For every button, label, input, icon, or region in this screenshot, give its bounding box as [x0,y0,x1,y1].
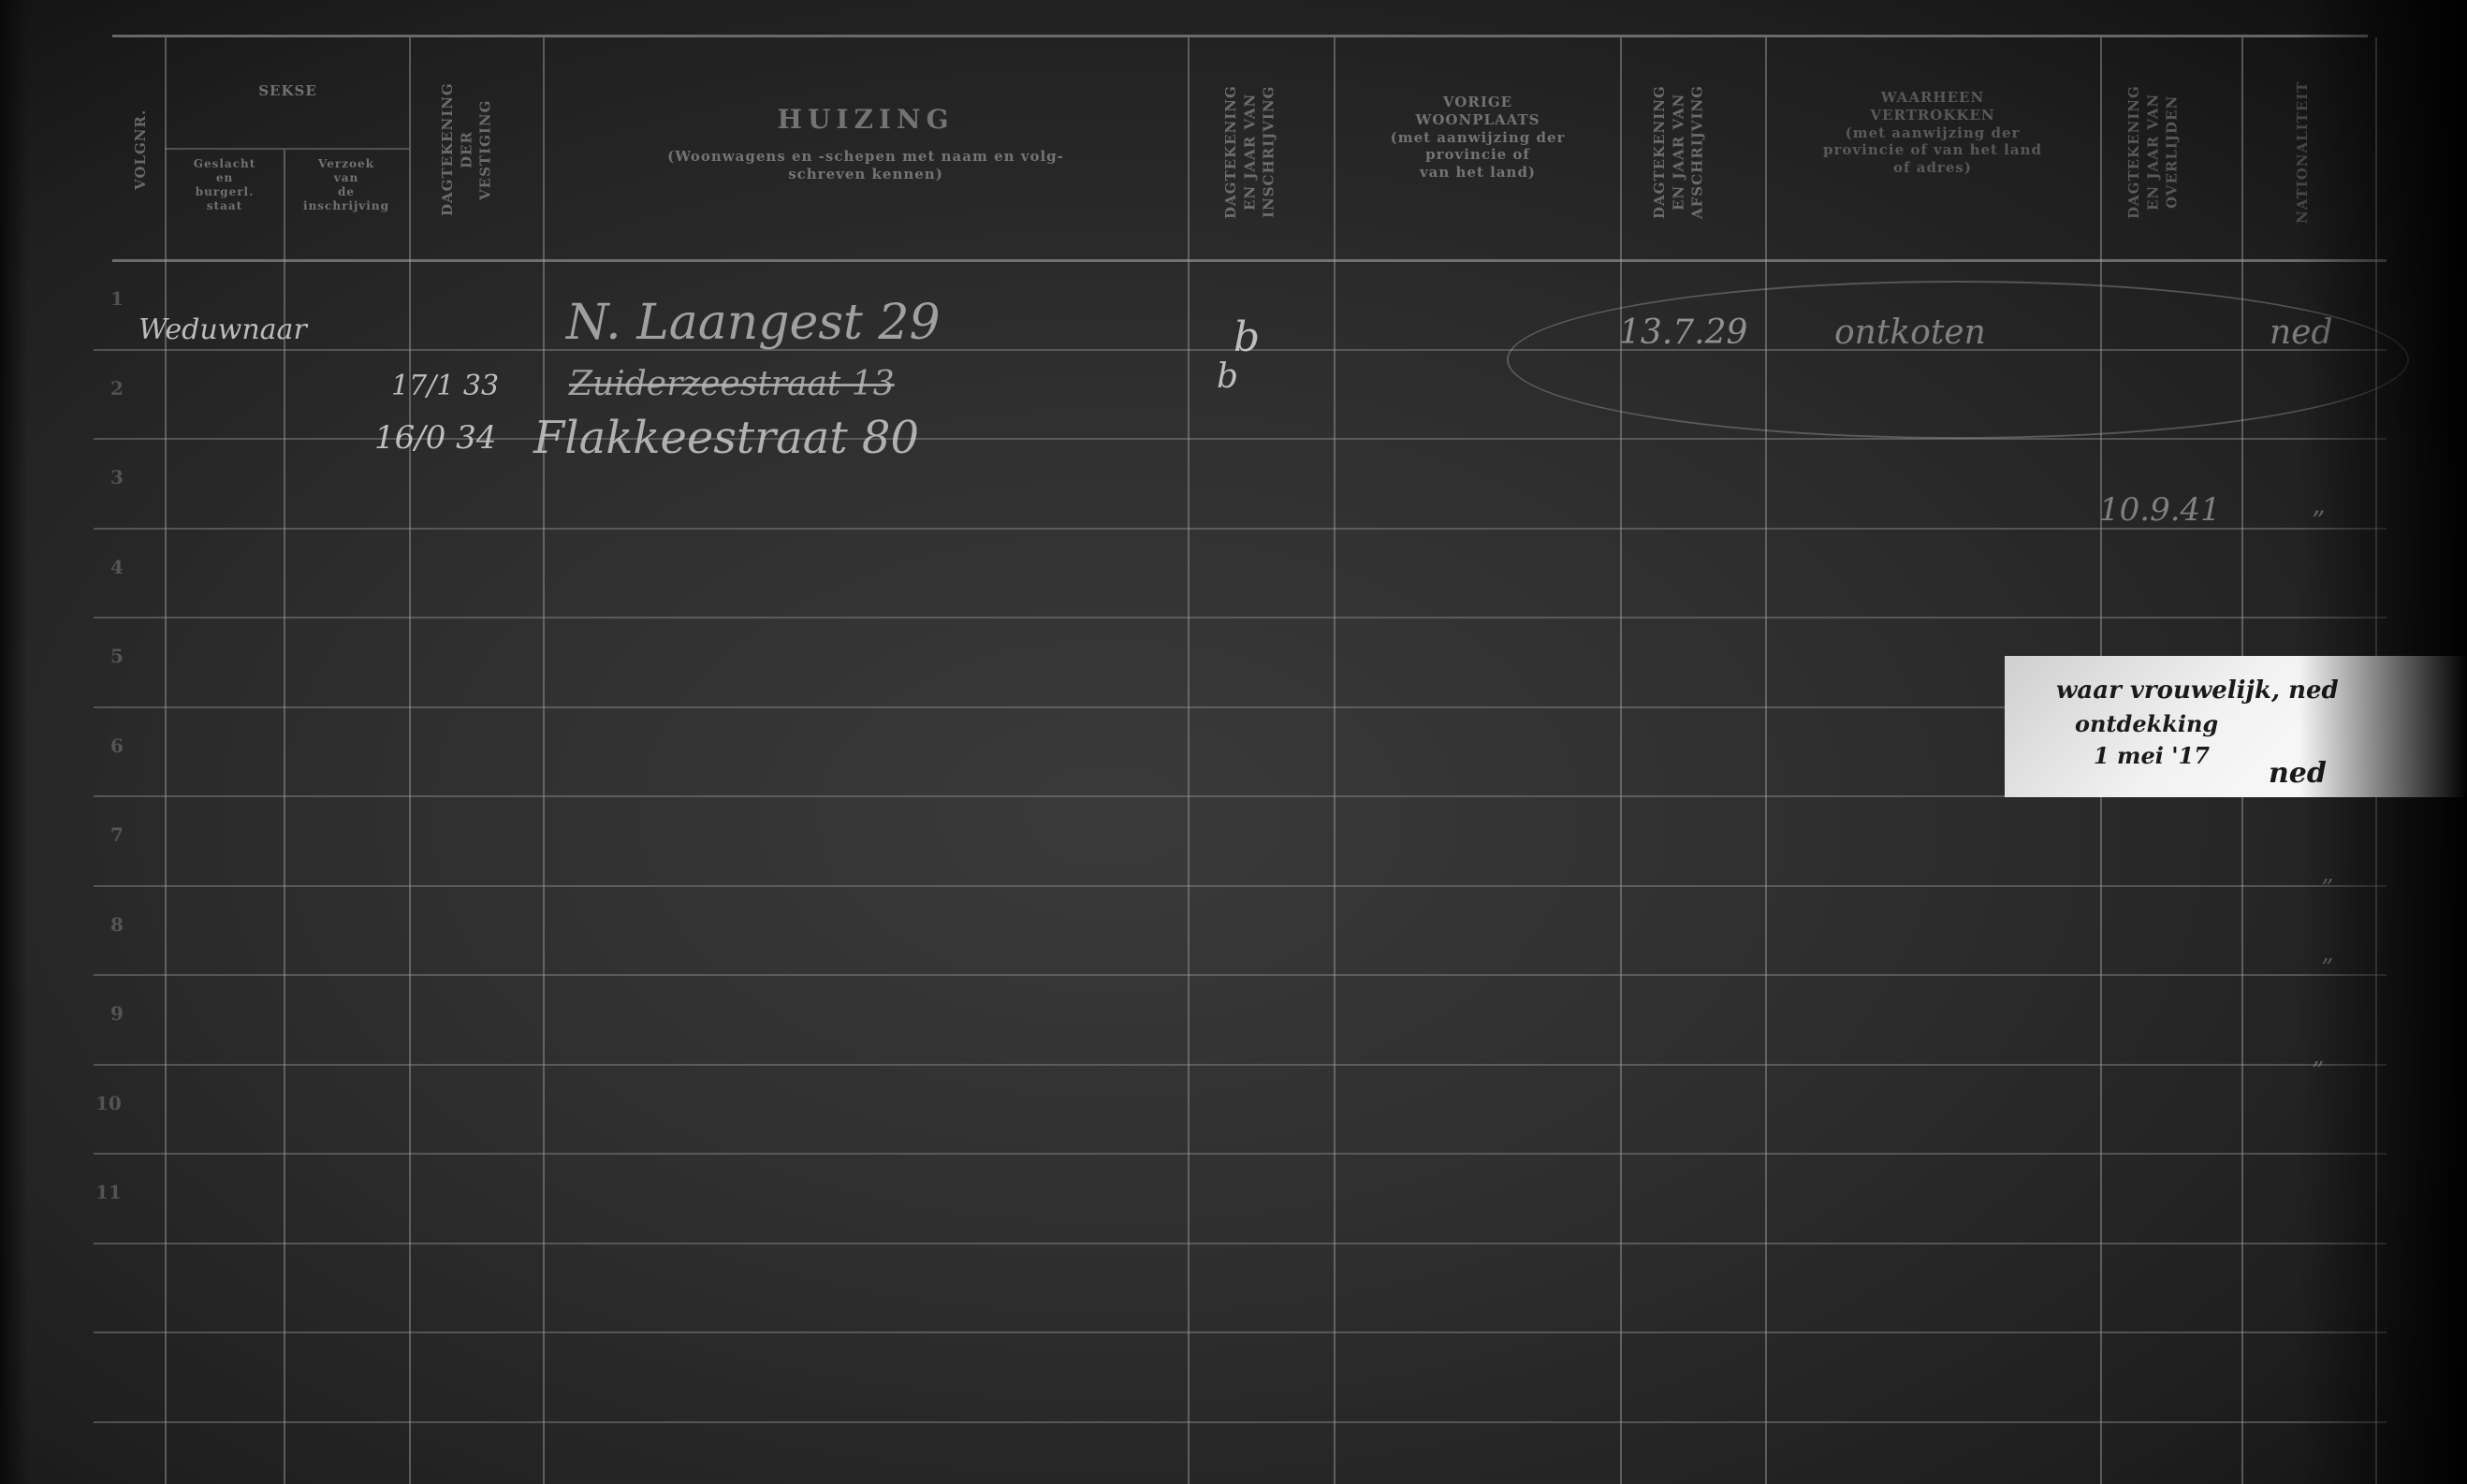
row-number: 10 [95,1092,122,1114]
header-dagtekening-vestiging: DAGTEKENING DER VESTIGING [438,51,495,248]
col-divider [1620,37,1622,1484]
header-volgnr: VOLGNR. [131,56,150,243]
row-rule [94,1064,2387,1066]
row-number: 11 [95,1181,122,1203]
col-divider [165,37,167,1484]
entry-death-date: 10.9.41 [2099,491,2221,529]
header-top-rule [112,35,2368,37]
header-huizing: HUIZING [547,103,1184,136]
row-number: 6 [110,735,124,757]
row-number: 4 [110,556,124,578]
entry-destination: ontkoten [1834,313,1986,352]
row-rule [94,974,2387,976]
col-divider [1334,37,1336,1484]
entry-date-2: 17/1 33 [391,370,499,402]
row-number: 9 [110,1002,124,1025]
entry-address-3: Flakkeestraat 80 [533,412,919,464]
row-rule [94,1421,2387,1423]
row-number: 3 [110,466,124,488]
row-rule [94,1243,2387,1244]
header-sekse: SEKSE [168,82,407,100]
row-number: 2 [110,377,124,400]
entry-departure-date: 13.7.29 [1619,313,1747,352]
col-divider [1188,37,1190,1484]
entry-address-2-suffix: b [1217,357,1238,396]
row-number: 8 [110,913,124,936]
header-dagtekening-afschrijving: DAGTEKENING EN JAAR VAN AFSCHRIJVING [1650,51,1707,253]
entry-date-3: 16/0 34 [374,419,496,457]
col-divider [543,37,545,1484]
header-sekse-sub2: Verzoek van de inschrijving [286,157,406,213]
row-rule [94,885,2387,887]
row-rule [94,617,2387,618]
col-divider [1765,37,1767,1484]
scan-edge-shadow [0,0,28,1484]
header-dagtekening-overlijden: DAGTEKENING EN JAAR VAN OVERLIJDEN [2124,51,2182,253]
header-waarheen-vertrokken: WAARHEEN VERTROKKEN (met aanwijzing der … [1769,89,2096,177]
entry-address-1-suffix: b [1233,313,1260,361]
inset-line-2: ontdekking [2075,710,2218,737]
header-huizing-subtitle: (Woonwagens en -schepen met naam en volg… [636,148,1095,183]
inset-line-1: waar vrouwelijk, ned [2056,677,2339,705]
scan-edge-shadow [2299,0,2467,1484]
row-number: 7 [110,823,124,846]
row-number: 5 [110,645,124,667]
entry-address-1: N. Laangest 29 [566,295,941,351]
row-rule [94,1331,2387,1333]
circled-departure-entry [1507,281,2409,439]
entry-civil-status: Weduwnaar [139,313,307,346]
col-divider [409,37,411,1484]
row-rule [94,1153,2387,1155]
header-vorige-woonplaats: VORIGE WOONPLAATS (met aanwijzing der pr… [1338,94,1617,182]
sekse-subheader-rule [165,148,409,150]
register-page: VOLGNR. SEKSE Geslacht en burgerl. staat… [0,0,2467,1484]
entry-address-2-struck: Zuiderzeestraat 13 [569,365,895,403]
row-rule [94,528,2387,530]
header-sekse-sub1: Geslacht en burgerl. staat [168,157,281,213]
header-bottom-rule [112,259,2387,262]
row-number: 1 [110,287,124,310]
header-dagtekening-inschrijving: DAGTEKENING EN JAAR VAN INSCHRIJVING [1221,51,1278,253]
inset-line-3: 1 mei '17 [2094,742,2210,769]
